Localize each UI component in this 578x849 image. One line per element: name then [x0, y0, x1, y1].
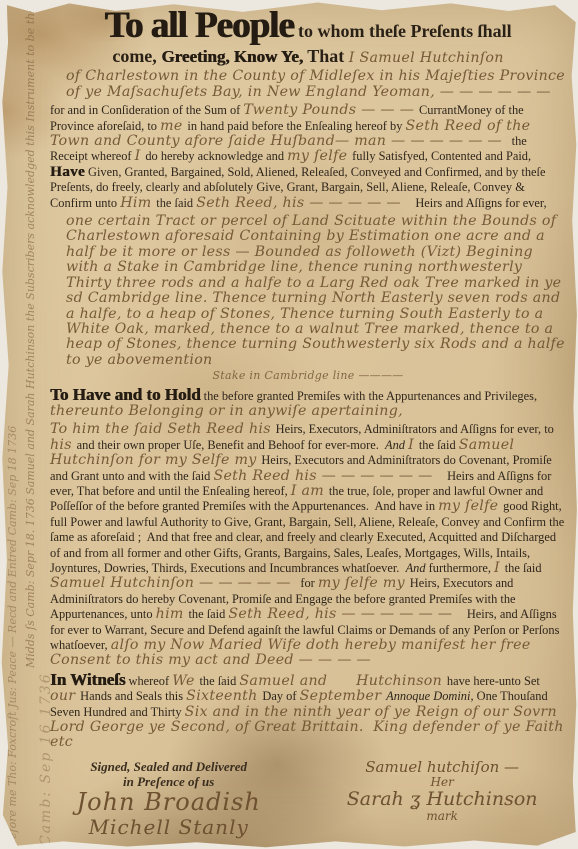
printed-text: To Have and to Hold — [50, 385, 201, 404]
handwritten-text: Samuel Hutchinſon — — — — — — [50, 575, 300, 591]
deed-text-flow: To all People to whom theſe Preſents ſha… — [50, 6, 566, 751]
printed-text: the ſaid — [188, 607, 228, 621]
handwritten-text: I Samuel Hutchinſon — [349, 50, 504, 66]
margin-justice-note: before me Tho: Foxcroft Jus: Peace — Rec… — [6, 146, 19, 846]
handwritten-text: Seth Reed, his — — — — — — [196, 195, 415, 211]
grantor-signature: Samuel hutchiſon — — [318, 759, 566, 776]
printed-text: In Witneſs — [50, 670, 125, 689]
handwritten-text: Seth Reed his — — — — — — — [213, 468, 447, 484]
deed-body: To all People to whom theſe Preſents ſha… — [50, 6, 566, 839]
printed-text: And — [385, 438, 408, 452]
handwritten-text: alſo my Now Maried Wife doth hereby mani… — [50, 637, 535, 668]
wife-signature: Sarah ʓ Hutchinson — [318, 789, 566, 810]
printed-text: come, — [112, 46, 161, 66]
handwritten-text: Stake in Cambridge line ———— — [212, 369, 403, 382]
deed-document: Midds ſs Camb: Sepr 18. 1736 Samuel and … — [0, 0, 578, 849]
printed-text: Hands and Seals this — [80, 689, 186, 703]
printed-text: for and in Conſideration of the Sum of — [50, 103, 243, 117]
grantor-column: Samuel hutchiſon — Her Sarah ʓ Hutchinso… — [318, 759, 566, 839]
deed-paragraph: Stake in Cambridge line ———— — [50, 368, 566, 383]
printed-text: And — [406, 561, 426, 575]
handwritten-text: his — [50, 437, 77, 453]
signature-block: Signed, Sealed and Delivered in Preſence… — [50, 759, 566, 839]
margin-acknowledgment-note: Midds ſs Camb: Sepr 18. 1736 Samuel and … — [24, 228, 37, 668]
handwritten-text: our — [50, 688, 80, 704]
printed-text: the ſaid — [199, 674, 239, 688]
printed-text: Have — [50, 164, 85, 180]
printed-text: the ſaid — [156, 196, 196, 210]
handwritten-text: Twenty Pounds — — — — [243, 102, 419, 118]
witness-signature: Michell Stanly — [50, 816, 287, 839]
deed-paragraph: In Witneſs whereof We the ſaid Samuel an… — [50, 672, 566, 751]
deed-paragraph: To all People to whom theſe Preſents ſha… — [50, 6, 566, 46]
printed-text: do hereby acknowledge and — [145, 149, 287, 163]
printed-text: That — [307, 46, 349, 66]
printed-text: To all People — [104, 5, 293, 46]
her-mark-label-bottom: mark — [318, 810, 566, 823]
printed-text: fully Satisfyed, Contented and Paid, — [352, 149, 534, 163]
printed-text: and their own proper Uſe, Benefit and Be… — [77, 438, 385, 452]
handwritten-text: I — [494, 560, 505, 576]
her-mark-label-top: Her — [318, 776, 566, 789]
handwritten-text: one certain Tract or percel of Land Scit… — [66, 213, 570, 368]
deed-paragraph: To him the ſaid Seth Reed his Heirs, Exe… — [50, 422, 566, 669]
handwritten-text: my ſelfe — [287, 148, 352, 164]
witness-attestation-line: in Preſence of us — [50, 774, 287, 789]
handwritten-text: I — [408, 437, 419, 453]
handwritten-text: I am — [291, 483, 329, 499]
handwritten-text: Samuel and Hutchinson — [239, 673, 447, 689]
printed-text: Day of — [262, 689, 299, 703]
deed-paragraph: one certain Tract or percel of Land Scit… — [50, 214, 566, 368]
printed-text: Heirs and Aſſigns for ever, — [415, 196, 546, 210]
handwritten-text: Seth Reed, his — — — — — — — [228, 606, 466, 622]
printed-text: the ſaid — [419, 438, 459, 452]
witness-column: Signed, Sealed and Delivered in Preſence… — [50, 759, 287, 839]
printed-text: Greeting, Know Ye, — [161, 47, 307, 66]
handwritten-text: Him — [120, 195, 156, 211]
printed-text: to whom theſe Preſents ſhall — [294, 21, 512, 41]
handwritten-text: Sixteenth — [186, 688, 262, 704]
handwritten-text: To him the ſaid Seth Reed his — [50, 421, 276, 437]
handwritten-text: my ſelfe my — [318, 575, 410, 591]
handwritten-text: September — [300, 688, 387, 704]
printed-text: in hand paid before the Enſealing hereof… — [187, 119, 405, 133]
handwritten-text: my ſelfe — [438, 498, 503, 514]
handwritten-text: me — [160, 118, 187, 134]
printed-text: the ſaid — [505, 561, 545, 575]
witness-signature: John Broadish — [50, 789, 287, 816]
printed-text: for — [300, 576, 318, 590]
printed-text: whereof — [125, 674, 172, 688]
deed-paragraph: To Have and to Hold the before granted P… — [50, 387, 566, 420]
printed-text: furthermore, — [426, 561, 494, 575]
deed-paragraph: for and in Conſideration of the Sum of T… — [50, 103, 566, 211]
handwritten-text: thereunto Belonging or in anywiſe aperta… — [50, 403, 403, 419]
deed-paragraph: of Charlestown in the County of Midleſex… — [50, 69, 566, 100]
printed-text: Annoque Domini, — [386, 689, 473, 703]
handwritten-text: We — [172, 673, 199, 689]
printed-text: have here-unto Set — [447, 674, 543, 688]
handwritten-text: of Charlestown in the County of Midleſex… — [66, 68, 570, 99]
printed-text: the before granted Premiſes with the App… — [201, 389, 541, 403]
witness-attestation-line: Signed, Sealed and Delivered — [50, 759, 287, 774]
handwritten-text: I — [135, 148, 146, 164]
handwritten-text: him — [156, 606, 189, 622]
deed-paragraph: come, Greeting, Know Ye, That I Samuel H… — [50, 49, 566, 66]
printed-text: Heirs, Executors, Adminiſtrators and Aſſ… — [276, 422, 557, 436]
